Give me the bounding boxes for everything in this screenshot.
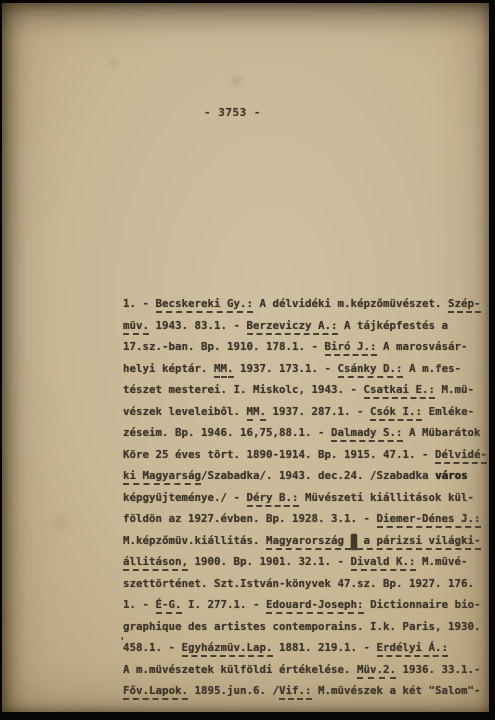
bibliography-line: müv. 1943. 83.1. - Berzeviczy A.: A tájk… (123, 315, 495, 337)
bibliography-text: 1. - Becskereki Gy.: A délvidéki m.képző… (123, 293, 495, 702)
text-segment: 458.1. - (123, 641, 182, 654)
underlined-segment: Csánky D.: (338, 362, 403, 378)
text-segment: város (435, 469, 468, 482)
underlined-segment: Szép- (448, 297, 481, 313)
underlined-segment: Dalmady S.: (331, 426, 403, 442)
bibliography-line: 458.1. - Egyházmüv.Lap. 1881. 219.1. - E… (123, 637, 495, 659)
underlined-segment: Csók I.: (370, 405, 422, 421)
text-segment: I. 277.1. - (182, 598, 267, 611)
text-segment: 1937. 287.1. - (266, 405, 370, 418)
bibliography-line: vészek leveleiből. MM. 1937. 287.1. - Cs… (123, 401, 495, 423)
text-segment: M.mü- (435, 383, 474, 396)
underlined-segment: ki Magyarság (123, 469, 201, 485)
text-segment: M.müvé- (416, 555, 468, 568)
underlined-segment: Edouard-Joseph: (266, 598, 364, 614)
underlined-segment: Diemer-Dénes J.: (377, 512, 481, 528)
underlined-segment: Müv.2. (357, 663, 396, 679)
text-segment: A m.fes- (403, 362, 462, 375)
text-segment: szettörténet. Szt.István-könyvek 47.sz. … (123, 577, 474, 590)
bibliography-line: A m.müvészetek külföldi értékelése. Müv.… (123, 659, 495, 681)
text-segment: A tájképfestés a (338, 319, 449, 332)
text-segment: 1. - (123, 297, 156, 310)
bibliography-line: szettörténet. Szt.István-könyvek 47.sz. … (123, 573, 495, 595)
text-segment: vészek leveleiből. (123, 405, 247, 418)
text-segment: 1937. 173.1. - (234, 362, 338, 375)
bibliography-line: Főv.Lapok. 1895.jun.6. /Vif.: M.müvészek… (123, 680, 495, 702)
underlined-segment: a párizsi világki- (357, 534, 481, 550)
text-segment: A marosvásár- (377, 340, 468, 353)
underlined-segment: Főv.Lapok. (123, 684, 188, 700)
text-segment: zéseim. Bp. 1946. 16,75,88.1. - (123, 426, 331, 439)
bibliography-line: 17.sz.-ban. Bp. 1910. 178.1. - Biró J.: … (123, 336, 495, 358)
underlined-segment: Biró J.: (325, 340, 377, 356)
bibliography-line: Köre 25 éves tört. 1890-1914. Bp. 1915. … (123, 444, 495, 466)
bibliography-line: helyi képtár. MM. 1937. 173.1. - Csánky … (123, 358, 495, 380)
text-segment: /Szabadka/. 1943. dec.24. /Szabadka (201, 469, 435, 482)
text-segment: 17.sz.-ban. Bp. 1910. 178.1. - (123, 340, 325, 353)
bibliography-line: ki Magyarság/Szabadka/. 1943. dec.24. /S… (123, 465, 495, 487)
text-segment: 1900. Bp. 1901. 32.1. - (188, 555, 351, 568)
underlined-segment: Csatkai E.: (364, 383, 436, 399)
text-segment: helyi képtár. (123, 362, 214, 375)
underlined-segment: É-G. (156, 598, 182, 614)
underlined-segment: Vif.: (279, 684, 312, 700)
text-segment: Müvészeti kiállitások kül- (299, 491, 475, 504)
text-segment: tészet mesterei. I. Miskolc, 1943. - (123, 383, 364, 396)
text-segment: M.képzőmüv.kiállitás. (123, 534, 266, 547)
stray-ink-mark: ' (119, 635, 126, 648)
text-segment: 1881. 219.1. - (273, 641, 377, 654)
text-segment: Emléke- (422, 405, 474, 418)
text-segment: A Mübarátok (403, 426, 481, 439)
text-segment: A m.müvészetek külföldi értékelése. (123, 663, 357, 676)
bibliography-line: 1. - É-G. I. 277.1. - Edouard-Joseph: Di… (123, 594, 495, 616)
underlined-segment: MM. (247, 405, 267, 421)
scanned-paper-page: - 3753 - 1. - Becskereki Gy.: A délvidék… (2, 3, 489, 712)
bibliography-line: tészet mesterei. I. Miskolc, 1943. - Csa… (123, 379, 495, 401)
bibliography-line: M.képzőmüv.kiállitás. Magyarország x a p… (123, 530, 495, 552)
text-segment: A délvidéki m.képzőmüvészet. (253, 297, 448, 310)
text-segment: M.müvészek a két "Salom"- (312, 684, 481, 697)
underlined-segment: MM. (214, 362, 234, 378)
text-segment: 1943. 83.1. - (149, 319, 247, 332)
text-segment: graphique des artistes contemporains. I.… (123, 620, 481, 633)
bibliography-line: zéseim. Bp. 1946. 16,75,88.1. - Dalmady … (123, 422, 495, 444)
underlined-segment: müv. (123, 319, 149, 335)
text-segment: Dictionnaire bio- (364, 598, 481, 611)
bibliography-line: földön az 1927.évben. Bp. 1928. 3.1. - D… (123, 508, 495, 530)
page-number: - 3753 - (204, 106, 261, 119)
underlined-segment: Divald K.: (351, 555, 416, 571)
underlined-segment: Déry B.: (247, 491, 299, 507)
text-segment: Köre 25 éves tört. 1890-1914. Bp. 1915. … (123, 448, 435, 461)
underlined-segment: Erdélyi Á.: (377, 641, 449, 657)
bibliography-line: képgyüjteménye./ - Déry B.: Müvészeti ki… (123, 487, 495, 509)
underlined-segment: Egyházmüv.Lap. (182, 641, 273, 657)
text-segment: 1895.jun.6. / (188, 684, 279, 697)
text-segment: 1936. 33.1.- (396, 663, 481, 676)
text-segment: képgyüjteménye./ - (123, 491, 247, 504)
underlined-segment: Berzeviczy A.: (247, 319, 338, 335)
underlined-segment: Délvidé- (435, 448, 487, 464)
text-segment: 1. - (123, 598, 156, 611)
underlined-segment: Becskereki Gy.: (156, 297, 254, 313)
bibliography-line: graphique des artistes contemporains. I.… (123, 616, 495, 638)
underlined-segment: Magyarország (266, 534, 351, 550)
bibliography-line: 1. - Becskereki Gy.: A délvidéki m.képző… (123, 293, 495, 315)
underlined-segment: állitáson, (123, 555, 188, 571)
text-segment: földön az 1927.évben. Bp. 1928. 3.1. - (123, 512, 377, 525)
bibliography-line: állitáson, 1900. Bp. 1901. 32.1. - Dival… (123, 551, 495, 573)
